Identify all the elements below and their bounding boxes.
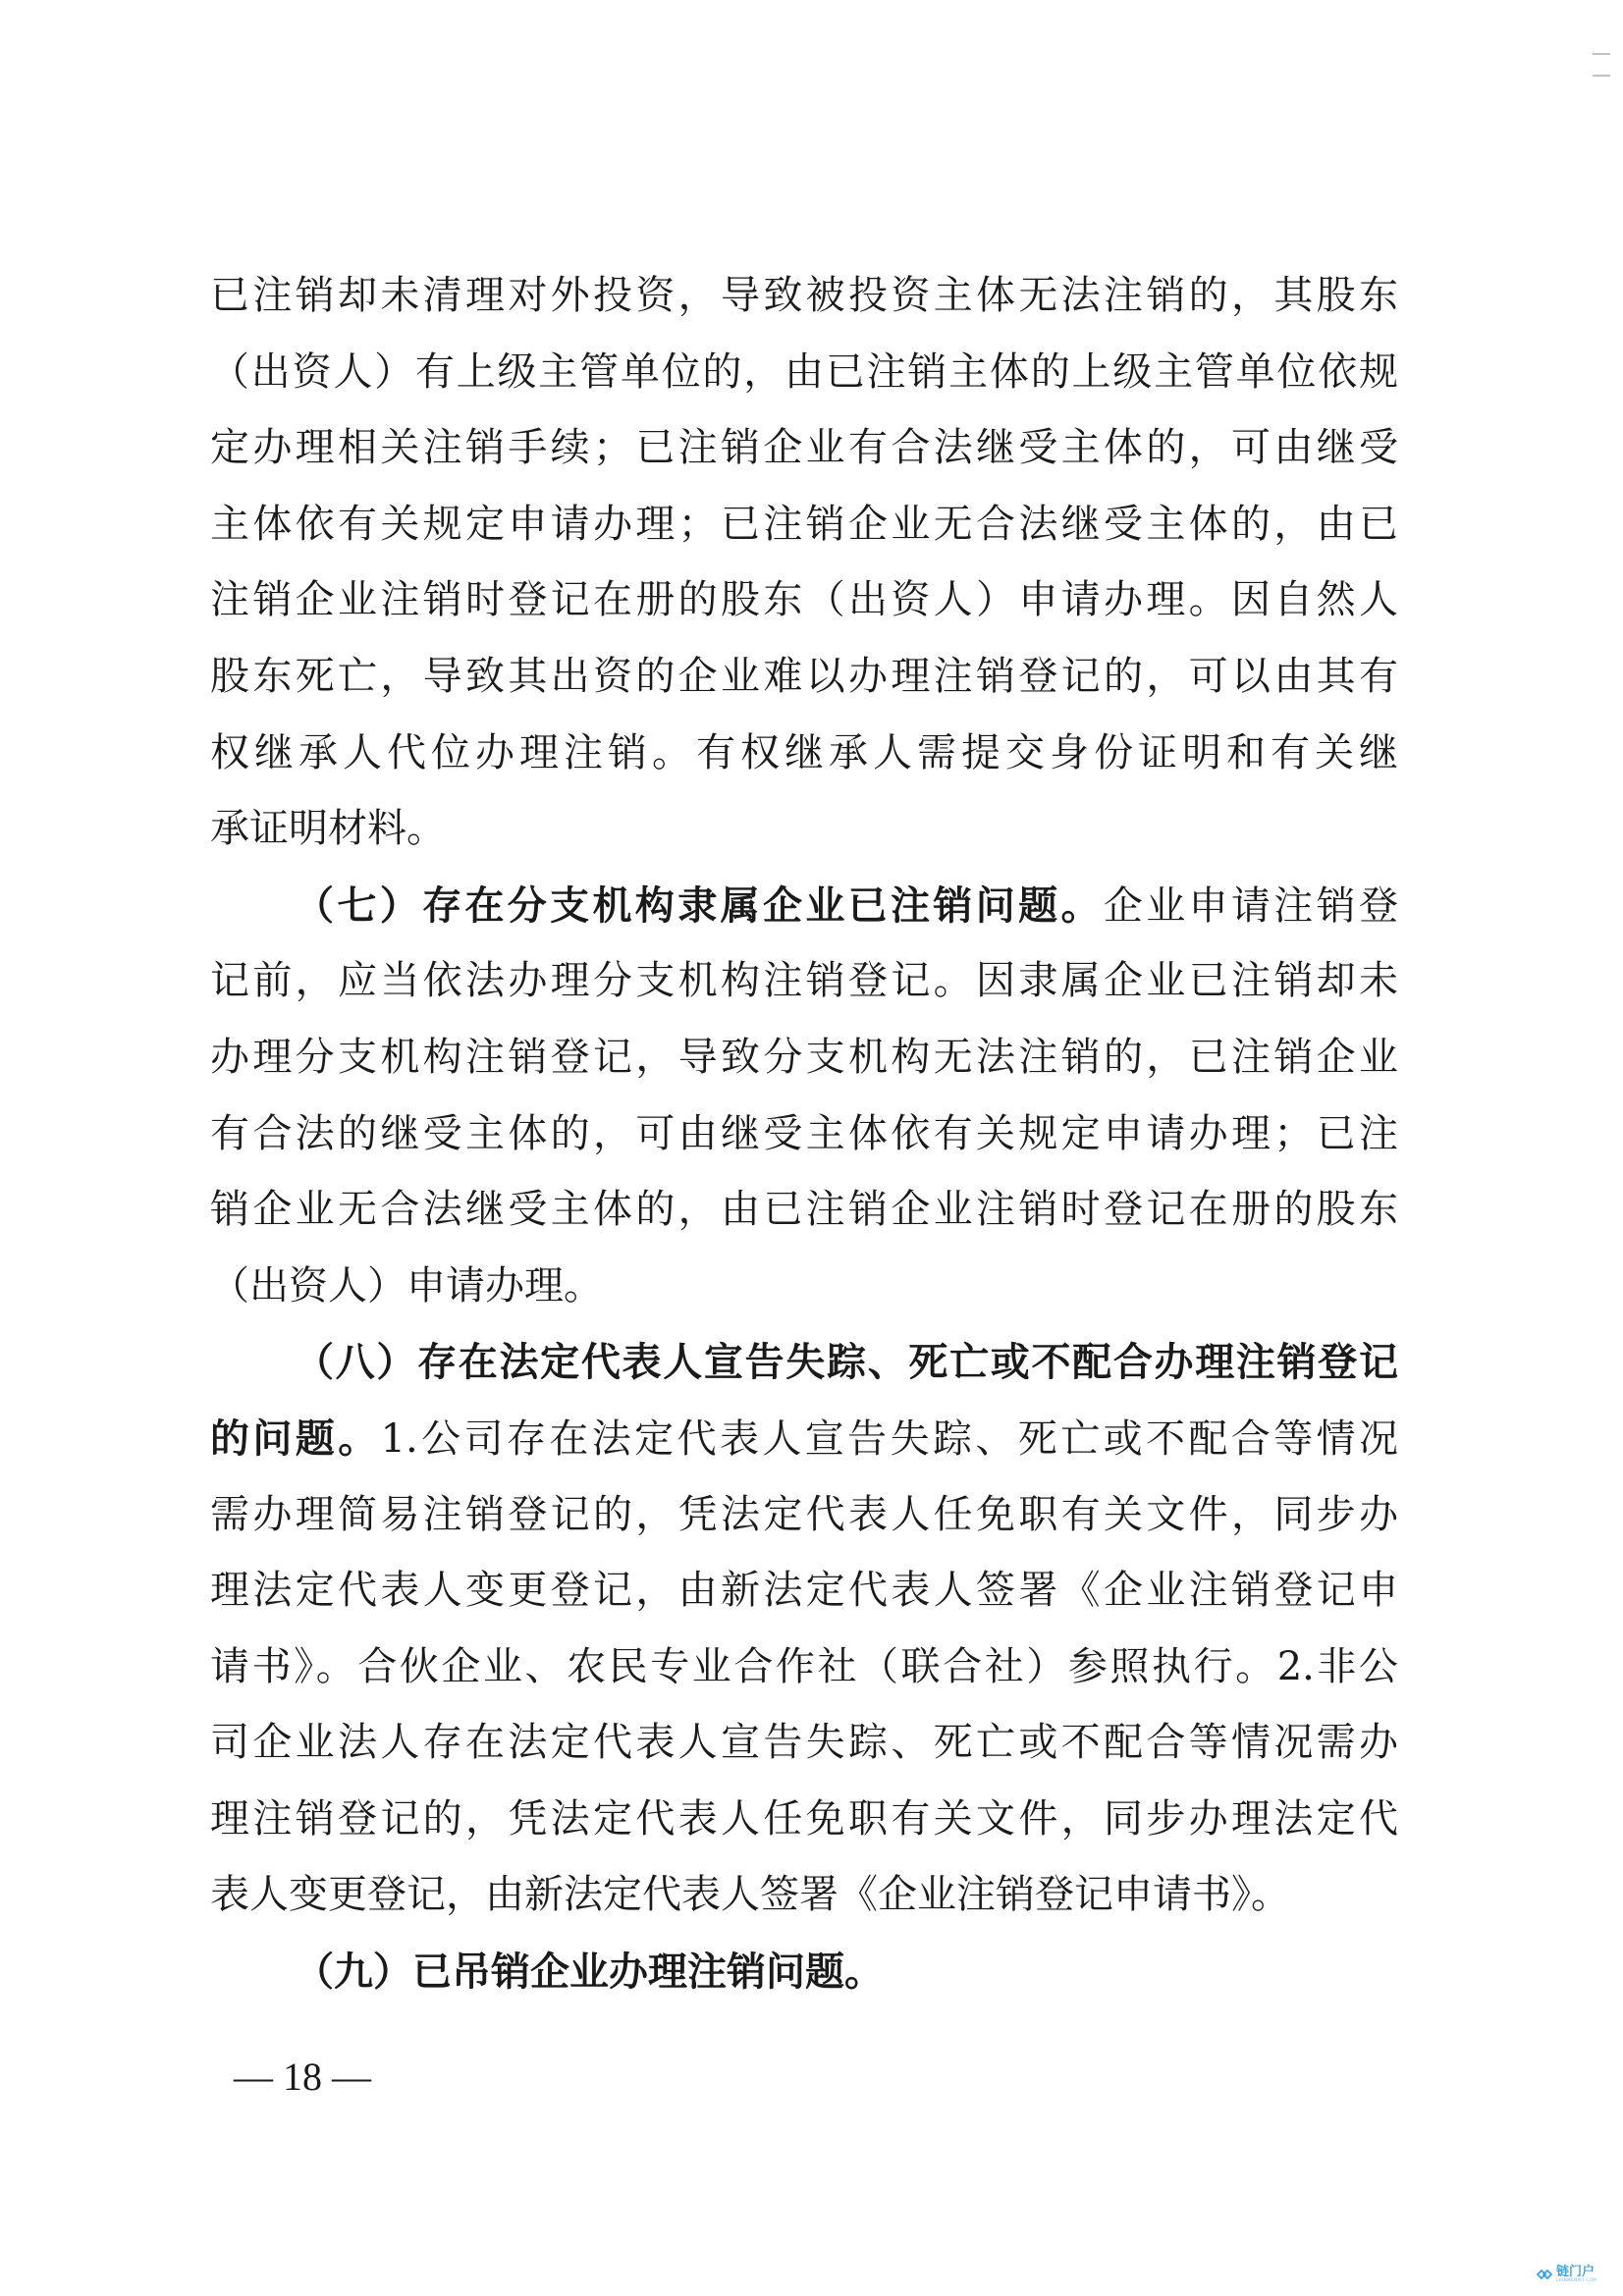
line-text: 理法定代表人变更登记，由新法定代表人签署《企业注销登记申 — [210, 1568, 1398, 1613]
section-heading: （九）已吊销企业办理注销问题。 — [295, 1949, 884, 1995]
line-text: 承证明材料。 — [210, 806, 446, 851]
line-text: 表人变更登记，由新法定代表人签署《企业注销登记申请书》。 — [210, 1872, 1290, 1917]
line-text: 主体依有关规定申请办理；已注销企业无合法继受主体的，由已 — [210, 502, 1398, 547]
line-text: 办理分支机构注销登记，导致分支机构无法注销的，已注销企业 — [210, 1035, 1398, 1080]
lianmenhu-logo-icon — [1537, 2269, 1552, 2280]
text-line: （九）已吊销企业办理注销问题。 — [210, 1934, 1398, 2010]
text-line: 办理分支机构注销登记，导致分支机构无法注销的，已注销企业 — [210, 1020, 1398, 1096]
text-line: 已注销却未清理对外投资，导致被投资主体无法注销的，其股东 — [210, 258, 1398, 335]
section-heading: （八）存在法定代表人宣告失踪、死亡或不配合办理注销登记 — [295, 1339, 1398, 1385]
text-line: 销企业无合法继受主体的，由已注销企业注销时登记在册的股东 — [210, 1172, 1398, 1249]
text-line: 权继承人代位办理注销。有权继承人需提交身份证明和有关继 — [210, 716, 1398, 792]
text-line: （八）存在法定代表人宣告失踪、死亡或不配合办理注销登记 — [210, 1324, 1398, 1401]
line-text: 已注销却未清理对外投资，导致被投资主体无法注销的，其股东 — [210, 273, 1398, 318]
scan-corner-marks — [1593, 53, 1610, 92]
line-text: 需办理简易注销登记的，凭法定代表人任免职有关文件，同步办 — [210, 1492, 1398, 1537]
text-line: 股东死亡，导致其出资的企业难以办理注销登记的，可以由其有 — [210, 639, 1398, 716]
text-line: 有合法的继受主体的，可由继受主体依有关规定申请办理；已注 — [210, 1096, 1398, 1173]
watermark: 链门户 LIANMENHU.COM — [1537, 2266, 1596, 2282]
text-line: 主体依有关规定申请办理；已注销企业无合法继受主体的，由已 — [210, 487, 1398, 563]
line-text: 权继承人代位办理注销。有权继承人需提交身份证明和有关继 — [210, 730, 1398, 775]
text-line: （出资人）有上级主管单位的，由已注销主体的上级主管单位依规 — [210, 335, 1398, 411]
scan-mark — [1593, 75, 1610, 77]
scan-mark — [1593, 53, 1610, 55]
page-number: — 18 — — [234, 2054, 371, 2101]
document-body: 已注销却未清理对外投资，导致被投资主体无法注销的，其股东（出资人）有上级主管单位… — [210, 258, 1398, 2010]
text-line: 理注销登记的，凭法定代表人任免职有关文件，同步办理法定代 — [210, 1782, 1398, 1858]
text-line: 请书》。合伙企业、农民专业合作社（联合社）参照执行。2.非公 — [210, 1629, 1398, 1706]
line-text: 记前，应当依法办理分支机构注销登记。因隶属企业已注销却未 — [210, 958, 1398, 1003]
line-text: 注销企业注销时登记在册的股东（出资人）申请办理。因自然人 — [210, 577, 1398, 622]
line-text: 股东死亡，导致其出资的企业难以办理注销登记的，可以由其有 — [210, 654, 1398, 699]
line-text: 司企业法人存在法定代表人宣告失踪、死亡或不配合等情况需办 — [210, 1720, 1398, 1765]
line-text: 销企业无合法继受主体的，由已注销企业注销时登记在册的股东 — [210, 1187, 1398, 1232]
line-text: 请书》。合伙企业、农民专业合作社（联合社）参照执行。2.非公 — [210, 1644, 1398, 1689]
text-line: 理法定代表人变更登记，由新法定代表人签署《企业注销登记申 — [210, 1553, 1398, 1629]
line-text: 定办理相关注销手续；已注销企业有合法继受主体的，可由继受 — [210, 425, 1398, 470]
text-line: 承证明材料。 — [210, 791, 1398, 868]
text-line: 记前，应当依法办理分支机构注销登记。因隶属企业已注销却未 — [210, 943, 1398, 1020]
text-line: （七）存在分支机构隶属企业已注销问题。企业申请注销登 — [210, 868, 1398, 944]
line-text: 1.公司存在法定代表人宣告失踪、死亡或不配合等情况 — [381, 1416, 1398, 1462]
text-line: 的问题。1.公司存在法定代表人宣告失踪、死亡或不配合等情况 — [210, 1401, 1398, 1477]
text-line: 需办理简易注销登记的，凭法定代表人任免职有关文件，同步办 — [210, 1477, 1398, 1554]
line-text: （出资人）有上级主管单位的，由已注销主体的上级主管单位依规 — [210, 349, 1398, 395]
line-text: 理注销登记的，凭法定代表人任免职有关文件，同步办理法定代 — [210, 1796, 1398, 1842]
watermark-domain: LIANMENHU.COM — [1556, 2278, 1596, 2282]
text-line: 定办理相关注销手续；已注销企业有合法继受主体的，可由继受 — [210, 410, 1398, 487]
line-text: 企业申请注销登 — [1104, 883, 1398, 929]
line-text: （出资人）申请办理。 — [210, 1263, 603, 1308]
line-text: 有合法的继受主体的，可由继受主体依有关规定申请办理；已注 — [210, 1111, 1398, 1156]
text-line: （出资人）申请办理。 — [210, 1249, 1398, 1325]
text-line: 注销企业注销时登记在册的股东（出资人）申请办理。因自然人 — [210, 562, 1398, 639]
document-page: 已注销却未清理对外投资，导致被投资主体无法注销的，其股东（出资人）有上级主管单位… — [0, 0, 1623, 2296]
text-line: 表人变更登记，由新法定代表人签署《企业注销登记申请书》。 — [210, 1857, 1398, 1934]
section-heading: （七）存在分支机构隶属企业已注销问题。 — [295, 882, 1104, 929]
text-line: 司企业法人存在法定代表人宣告失踪、死亡或不配合等情况需办 — [210, 1705, 1398, 1782]
section-heading: 的问题。 — [210, 1415, 381, 1462]
